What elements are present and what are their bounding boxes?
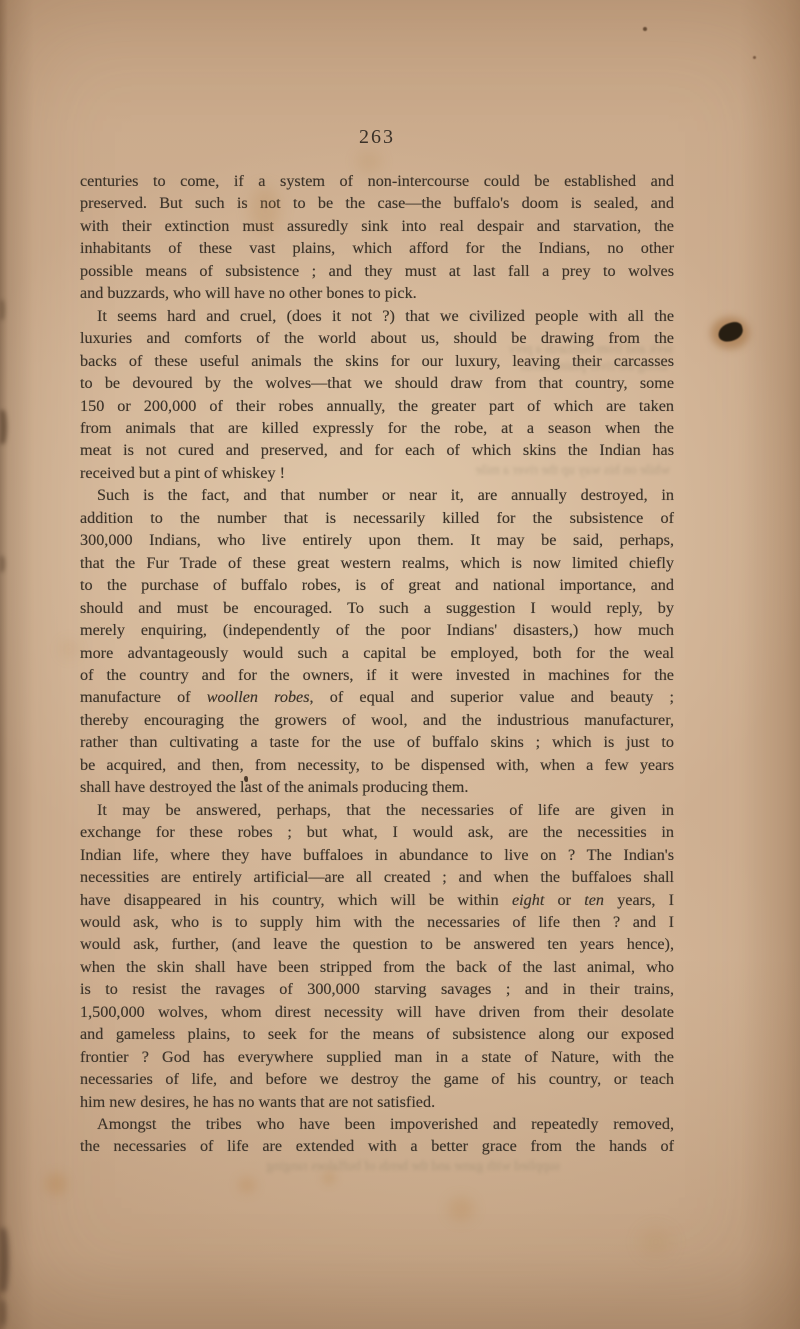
edge-smudge [0,1300,6,1326]
text-line: is to resist the ravages of 300,000 star… [80,978,674,1000]
text-line: backs of these useful animals the skins … [80,350,674,372]
text-segment: It may be answered, perhaps, that the ne… [97,801,674,819]
text-line: exchange for these robes ; but what, I w… [80,821,674,843]
text-segment: would ask, who is to supply him with the… [80,913,674,931]
text-segment: or [544,891,584,909]
text-line: to be devoured by the wolves—that we sho… [80,372,674,394]
text-segment: addition to the number that is necessari… [80,509,674,527]
text-line: merely enquiring, (independently of the … [80,619,674,641]
text-line: 300,000 Indians, who live entirely upon … [80,529,674,551]
text-segment: and gameless plains, to seek for the mea… [80,1025,674,1043]
text-line: Such is the fact, and that number or nea… [80,484,674,506]
text-segment: , of equal and superior value and beauty… [310,688,674,706]
paragraph: Such is the fact, and that number or nea… [80,484,674,798]
text-segment: centuries to come, if a system of non-in… [80,172,674,190]
text-segment: 300,000 Indians, who live entirely upon … [80,531,674,549]
text-line: Indian life, where they have buffaloes i… [80,844,674,866]
text-segment: necessaries of life, and before we destr… [80,1070,674,1088]
show-through-text: supplied with game and the herds of buff… [150,1158,560,1174]
text-line: luxuries and comforts of the world about… [80,327,674,349]
text-line: addition to the number that is necessari… [80,507,674,529]
text-segment: 1,500,000 wolves, whom direst necessity … [80,1003,674,1021]
text-segment: the necessaries of life are extended wit… [80,1137,674,1155]
text-line: him new desires, he has no wants that ar… [80,1091,674,1113]
text-line: from animals that are killed expressly f… [80,417,674,439]
text-line: Amongst the tribes who have been impover… [80,1113,674,1135]
paragraph: It seems hard and cruel, (does it not ?)… [80,305,674,485]
text-line: frontier ? God has everywhere supplied m… [80,1046,674,1068]
text-line: necessities are entirely artificial—are … [80,866,674,888]
text-line: would ask, further, (and leave the quest… [80,933,674,955]
text-segment: and buzzards, who will have no other bon… [80,284,417,302]
text-line: have disappeared in his country, which w… [80,889,674,911]
book-page-scan: 263 centuries to come, if a system of no… [0,0,800,1329]
text-segment: from animals that are killed expressly f… [80,419,674,437]
text-line: It seems hard and cruel, (does it not ?)… [80,305,674,327]
ink-blot-halo [711,317,749,349]
text-line: 150 or 200,000 of their robes annually, … [80,395,674,417]
text-line: preserved. But such is not to be the cas… [80,192,674,214]
text-line: centuries to come, if a system of non-in… [80,170,674,192]
text-segment: luxuries and comforts of the world about… [80,329,674,347]
paragraph: Amongst the tribes who have been impover… [80,1113,674,1158]
text-line: thereby encouraging the growers of wool,… [80,709,674,731]
speck [643,27,647,31]
text-line: 1,500,000 wolves, whom direst necessity … [80,1001,674,1023]
text-line: and buzzards, who will have no other bon… [80,282,674,304]
text-segment: 150 or 200,000 of their robes annually, … [80,397,674,415]
text-segment: inhabitants of these vast plains, which … [80,239,674,257]
speck [753,56,756,59]
stain [448,1197,474,1221]
text-segment: him new desires, he has no wants that ar… [80,1093,435,1111]
text-segment: exchange for these robes ; but what, I w… [80,823,674,841]
text-line: with their extinction must assuredly sin… [80,215,674,237]
stain [238,1177,256,1193]
text-line: be acquired, and then, from necessity, t… [80,754,674,776]
text-block: centuries to come, if a system of non-in… [80,170,674,1158]
text-segment: is to resist the ravages of 300,000 star… [80,980,674,998]
text-segment: It seems hard and cruel, (does it not ?)… [97,307,674,325]
text-segment: to be devoured by the wolves—that we sho… [80,374,674,392]
edge-smudge [0,410,7,444]
text-segment: more advantageously would such a capital… [80,644,674,662]
text-segment: when the skin shall have been stripped f… [80,958,674,976]
text-segment: rather than cultivating a taste for the … [80,733,674,751]
text-line: of the country and for the owners, if it… [80,664,674,686]
text-segment: thereby encouraging the growers of wool,… [80,711,674,729]
text-line: manufacture of woollen robes, of equal a… [80,686,674,708]
text-segment: should and must be encouraged. To such a… [80,599,674,617]
stain [60,640,78,658]
text-segment: merely enquiring, (independently of the … [80,621,674,639]
stain [640,1228,672,1256]
stain [322,1171,336,1185]
text-segment: have disappeared in his country, which w… [80,891,512,909]
text-segment: received but a pint of whiskey ! [80,464,285,482]
text-line: the necessaries of life are extended wit… [80,1135,674,1157]
text-segment: possible means of subsistence ; and they… [80,262,674,280]
text-segment: meat is not cured and preserved, and for… [80,441,674,459]
edge-smudge [0,556,5,572]
text-line: It may be answered, perhaps, that the ne… [80,799,674,821]
text-segment: with their extinction must assuredly sin… [80,217,674,235]
text-line: to the purchase of buffalo robes, is of … [80,574,674,596]
italic-text-segment: ten [584,891,604,909]
text-segment: that the Fur Trade of these great wester… [80,554,674,572]
text-line: possible means of subsistence ; and they… [80,260,674,282]
text-segment: Such is the fact, and that number or nea… [97,486,674,504]
text-segment: to the purchase of buffalo robes, is of … [80,576,674,594]
text-line: that the Fur Trade of these great wester… [80,552,674,574]
text-line: and gameless plains, to seek for the mea… [80,1023,674,1045]
edge-smudge [0,1228,9,1292]
text-line: inhabitants of these vast plains, which … [80,237,674,259]
text-segment: necessities are entirely artificial—are … [80,868,674,886]
text-line: when the skin shall have been stripped f… [80,956,674,978]
text-line: more advantageously would such a capital… [80,642,674,664]
text-line: received but a pint of whiskey ! [80,462,674,484]
paragraph: centuries to come, if a system of non-in… [80,170,674,305]
ink-blot [716,320,745,344]
text-segment: Amongst the tribes who have been impover… [97,1115,674,1133]
text-line: shall have destroyed the last of the ani… [80,776,674,798]
text-line: meat is not cured and preserved, and for… [80,439,674,461]
text-segment: would ask, further, (and leave the quest… [80,935,674,953]
text-segment: years, I [604,891,674,909]
stain [45,1173,67,1195]
text-segment: be acquired, and then, from necessity, t… [80,756,674,774]
page-number: 263 [80,126,674,149]
italic-text-segment: woollen robes [207,688,310,706]
text-line: rather than cultivating a taste for the … [80,731,674,753]
text-segment: frontier ? God has everywhere supplied m… [80,1048,674,1066]
paragraph: It may be answered, perhaps, that the ne… [80,799,674,1113]
text-segment: backs of these useful animals the skins … [80,352,674,370]
text-segment: manufacture of [80,688,207,706]
text-segment: preserved. But such is not to be the cas… [80,194,674,212]
text-segment: shall have destroyed the last of the ani… [80,778,468,796]
edge-smudge [0,300,5,320]
text-line: necessaries of life, and before we destr… [80,1068,674,1090]
text-line: would ask, who is to supply him with the… [80,911,674,933]
italic-text-segment: eight [512,891,544,909]
text-segment: of the country and for the owners, if it… [80,666,674,684]
text-segment: Indian life, where they have buffaloes i… [80,846,674,864]
text-line: should and must be encouraged. To such a… [80,597,674,619]
